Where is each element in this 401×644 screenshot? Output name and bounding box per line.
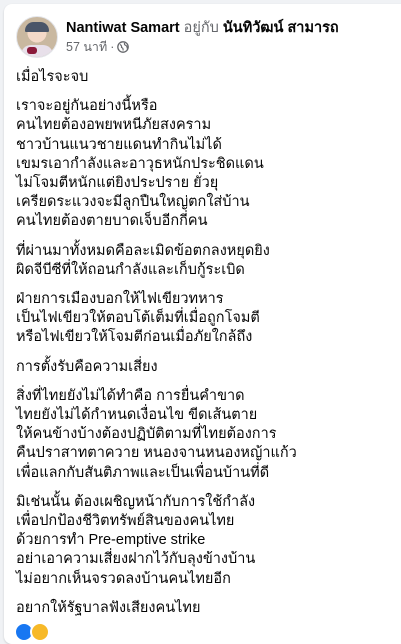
avatar-cap (25, 22, 49, 32)
post-text-line: เมื่อไรจะจบ (16, 68, 396, 87)
post-text-line: ฝ่ายการเมืองบอกให้ไฟเขียวทหาร (16, 290, 396, 309)
post-text-line: หรือไฟเขียวให้โจมตีก่อนเมื่อภัยใกล้ถึง (16, 328, 396, 347)
post-header: Nantiwat Samart อยู่กับ นันทิวัฒน์ สามาร… (16, 16, 339, 58)
author-name-link[interactable]: Nantiwat Samart (66, 20, 180, 36)
post-text-line: เป็นไฟเขียวให้ตอบโต้เต็มที่เมื่อถูกโจมตี (16, 309, 396, 328)
post-paragraph: เมื่อไรจะจบ (16, 68, 396, 87)
post-paragraph: ที่ผ่านมาทั้งหมดคือละเมิดข้อตกลงหยุดยิงผ… (16, 242, 396, 280)
post-paragraph: เราจะอยู่กันอย่างนี้หรือคนไทยต้องอพยพหนี… (16, 97, 396, 231)
post-card: Nantiwat Samart อยู่กับ นันทิวัฒน์ สามาร… (4, 4, 401, 625)
post-paragraph: สิ่งที่ไทยยังไม่ได้ทำคือ การยื่นคำขาดไทย… (16, 387, 396, 483)
post-text-line: เขมรเอากำลังและอาวุธหนักประชิดแดน (16, 155, 396, 174)
post-text-line: ด้วยการทำ Pre-emptive strike (16, 531, 396, 550)
post-meta: Nantiwat Samart อยู่กับ นันทิวัฒน์ สามาร… (66, 19, 339, 55)
with-label: อยู่กับ (184, 20, 219, 36)
post-text-line: ไม่โจมตีหนักแต่ยิงประปราย ยั่วยุ (16, 174, 396, 193)
post-text-line: ที่ผ่านมาทั้งหมดคือละเมิดข้อตกลงหยุดยิง (16, 242, 396, 261)
post-paragraph: การตั้งรับคือความเสี่ยง (16, 358, 396, 377)
post-text-line: เราจะอยู่กันอย่างนี้หรือ (16, 97, 396, 116)
post-text-line: ไทยยังไม่ได้กำหนดเงื่อนไข ขีดเส้นตาย (16, 406, 396, 425)
post-text-line: ให้คนข้างบ้างต้องปฏิบัติตามที่ไทยต้องการ (16, 425, 396, 444)
post-text-line: คนไทยต้องอพยพหนีภัยสงคราม (16, 116, 396, 135)
post-paragraph: มิเช่นนั้น ต้องเผชิญหน้ากับการใช้กำลังเพ… (16, 493, 396, 589)
post-text-line: คนไทยต้องตายบาดเจ็บอีกกี่คน (16, 212, 396, 231)
timestamp-line: 57 นาที · (66, 39, 339, 55)
avatar-mark (27, 47, 37, 54)
post-body: เมื่อไรจะจบเราจะอยู่กันอย่างนี้หรือคนไทย… (16, 68, 396, 625)
post-text-line: มิเช่นนั้น ต้องเผชิญหน้ากับการใช้กำลัง (16, 493, 396, 512)
globe-icon[interactable] (117, 41, 129, 53)
author-line: Nantiwat Samart อยู่กับ นันทิวัฒน์ สามาร… (66, 19, 339, 37)
avatar-shirt (21, 45, 53, 58)
separator: · (110, 39, 114, 55)
post-paragraph: อยากให้รัฐบาลฟังเสียงคนไทย (16, 599, 396, 618)
avatar[interactable] (16, 16, 58, 58)
post-text-line: เครียดระแวงจะมีลูกปืนใหญ่ตกใส่บ้าน (16, 193, 396, 212)
post-text-line: สิ่งที่ไทยยังไม่ได้ทำคือ การยื่นคำขาด (16, 387, 396, 406)
post-paragraph: ฝ่ายการเมืองบอกให้ไฟเขียวทหารเป็นไฟเขียว… (16, 290, 396, 348)
post-text-line: อย่าเอาความเสี่ยงฝากไว้กับลุงข้างบ้าน (16, 550, 396, 569)
post-text-line: ชาวบ้านแนวชายแดนทำกินไม่ได้ (16, 136, 396, 155)
post-text-line: เพื่อแลกกับสันติภาพและเป็นเพื่อนบ้านที่ด… (16, 464, 396, 483)
post-text-line: อยากให้รัฐบาลฟังเสียงคนไทย (16, 599, 396, 618)
post-text-line: เพื่อปกป้องชีวิตทรัพย์สินของคนไทย (16, 512, 396, 531)
post-text-line: ผิดจีบีซีที่ให้ถอนกำลังและเก็บกู้ระเบิด (16, 261, 396, 280)
post-text-line: คืนปราสาทตาควาย หนองจานหนองหญ้าแก้ว (16, 444, 396, 463)
post-text-line: การตั้งรับคือความเสี่ยง (16, 358, 396, 377)
tagged-user-link[interactable]: นันทิวัฒน์ สามารถ (223, 20, 339, 36)
timestamp-link[interactable]: 57 นาที (66, 39, 107, 55)
post-text-line: ไม่อยากเห็นจรวดลงบ้านคนไทยอีก (16, 570, 396, 589)
